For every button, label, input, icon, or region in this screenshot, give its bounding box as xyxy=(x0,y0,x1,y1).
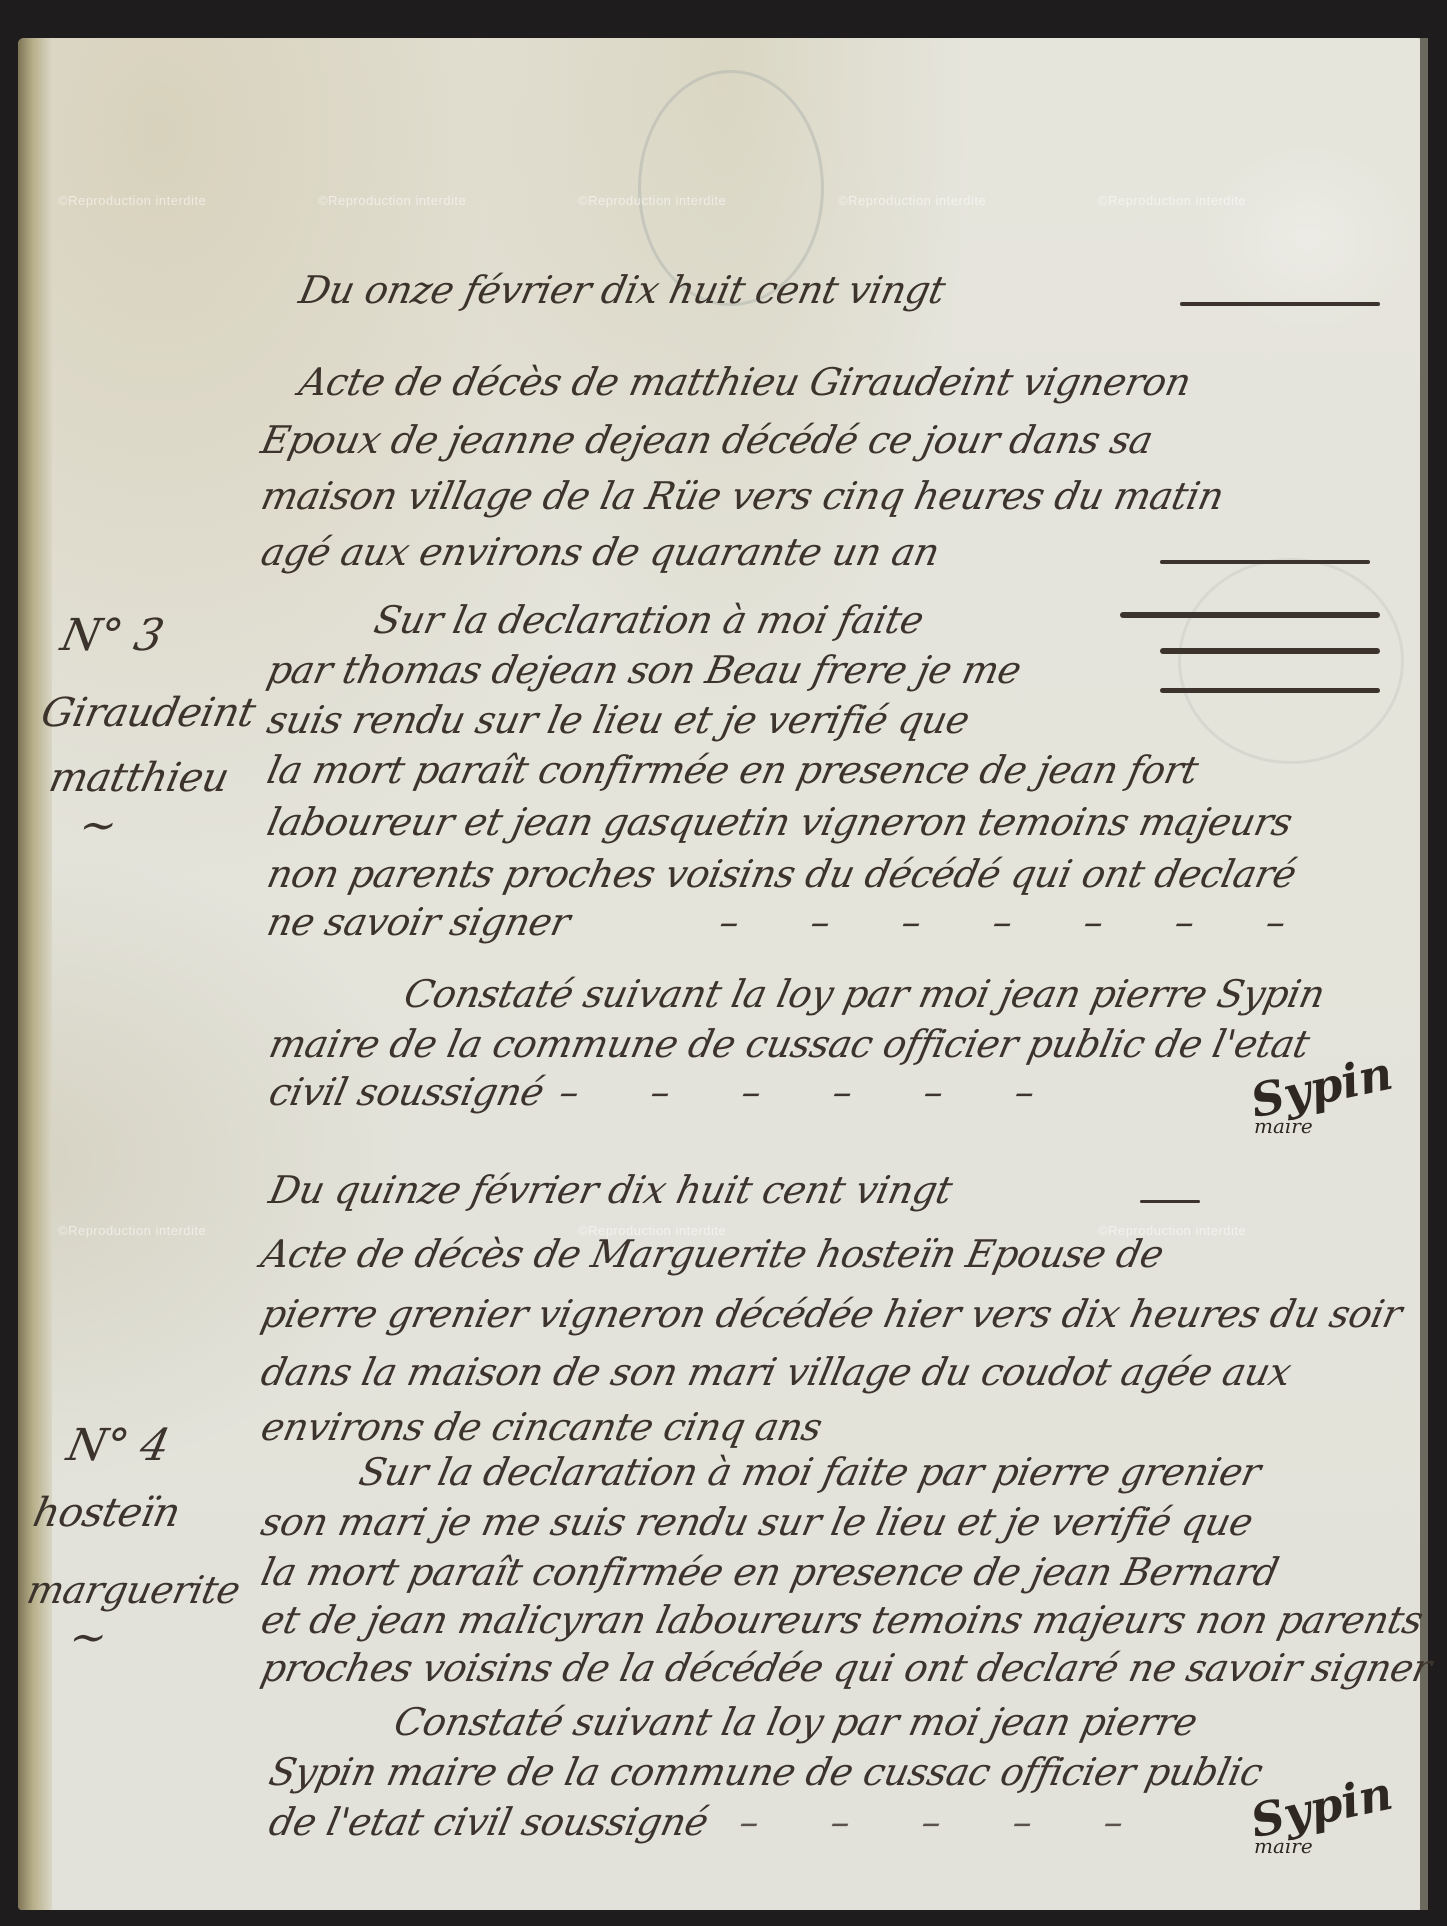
entry-line: Sur la declaration à moi faite xyxy=(370,598,927,642)
entry-line: Acte de décès de Marguerite hosteïn Epou… xyxy=(257,1232,1167,1276)
mayor-signature: Sypinmaire xyxy=(1250,1060,1447,1138)
mayor-signature: Sypinmaire xyxy=(1250,1780,1447,1858)
entry-line: laboureur et jean gasquetin vigneron tem… xyxy=(263,800,1296,844)
margin-surname: Giraudeint xyxy=(37,690,259,736)
entry-line: Sur la declaration à moi faite par pierr… xyxy=(355,1450,1264,1494)
entry-heading: Du quinze février dix huit cent vingt xyxy=(265,1168,956,1212)
watermark: ©Reproduction interdite xyxy=(318,193,466,208)
entry-line: civil soussigné xyxy=(265,1070,547,1114)
entry-line: dans la maison de son mari village du co… xyxy=(257,1350,1295,1394)
entry-line: environs de cincante cinq ans xyxy=(257,1405,826,1449)
entry-line: son mari je me suis rendu sur le lieu et… xyxy=(257,1500,1256,1544)
entry-line: par thomas dejean son Beau frere je me xyxy=(263,648,1025,692)
watermark: ©Reproduction interdite xyxy=(838,193,986,208)
line-filler xyxy=(1120,612,1380,618)
entry-line: suis rendu sur le lieu et je verifié que xyxy=(263,698,973,742)
line-filler xyxy=(1140,1200,1200,1203)
line-filler xyxy=(1160,688,1380,693)
entry-line: Epoux de jeanne dejean décédé ce jour da… xyxy=(257,418,1156,462)
entry-line: maison village de la Rüe vers cinq heure… xyxy=(257,474,1227,518)
entry-line: proches voisins de la décédée qui ont de… xyxy=(257,1646,1435,1690)
watermark: ©Reproduction interdite xyxy=(1098,193,1246,208)
allegorical-figure-emboss xyxy=(1198,138,1418,338)
entry-line: maire de la commune de cussac officier p… xyxy=(265,1022,1313,1066)
line-filler xyxy=(1160,648,1380,654)
line-filler xyxy=(1180,302,1380,306)
margin-surname: hosteïn xyxy=(29,1490,184,1536)
line-filler: – – – – – xyxy=(735,1800,1158,1844)
entry-number: N° 4 xyxy=(63,1420,174,1471)
entry-line: Constaté suivant la loy par moi jean pie… xyxy=(400,972,1328,1016)
line-filler: – – – – – – xyxy=(555,1070,1069,1114)
entry-line: de l'etat civil soussigné xyxy=(265,1800,712,1844)
entry-line: agé aux environs de quarante un an xyxy=(257,530,943,574)
entry-line: la mort paraît confirmée en presence de … xyxy=(263,748,1202,792)
page-right-edge xyxy=(1420,38,1428,1910)
watermark: ©Reproduction interdite xyxy=(58,193,206,208)
seal-emboss xyxy=(1178,558,1404,764)
entry-line: ne savoir signer xyxy=(263,900,573,944)
entry-line: Acte de décès de matthieu Giraudeint vig… xyxy=(295,360,1194,404)
margin-firstname: matthieu xyxy=(45,755,233,801)
book-spine xyxy=(18,38,52,1910)
line-filler xyxy=(1160,560,1370,564)
entry-line: non parents proches voisins du décédé qu… xyxy=(263,852,1300,896)
entry-line: Sypin maire de la commune de cussac offi… xyxy=(265,1750,1266,1794)
entry-line: la mort paraît confirmée en presence de … xyxy=(257,1550,1282,1594)
entry-heading: Du onze février dix huit cent vingt xyxy=(295,268,949,312)
entry-line: pierre grenier vigneron décédée hier ver… xyxy=(257,1292,1405,1336)
margin-firstname: marguerite xyxy=(23,1568,244,1612)
entry-number: N° 3 xyxy=(57,610,168,661)
watermark: ©Reproduction interdite xyxy=(58,1223,206,1238)
line-filler: – – – – – – – xyxy=(715,900,1320,944)
watermark: ©Reproduction interdite xyxy=(578,193,726,208)
entry-line: Constaté suivant la loy par moi jean pie… xyxy=(390,1700,1201,1744)
entry-line: et de jean malicyran laboureurs temoins … xyxy=(257,1598,1426,1642)
